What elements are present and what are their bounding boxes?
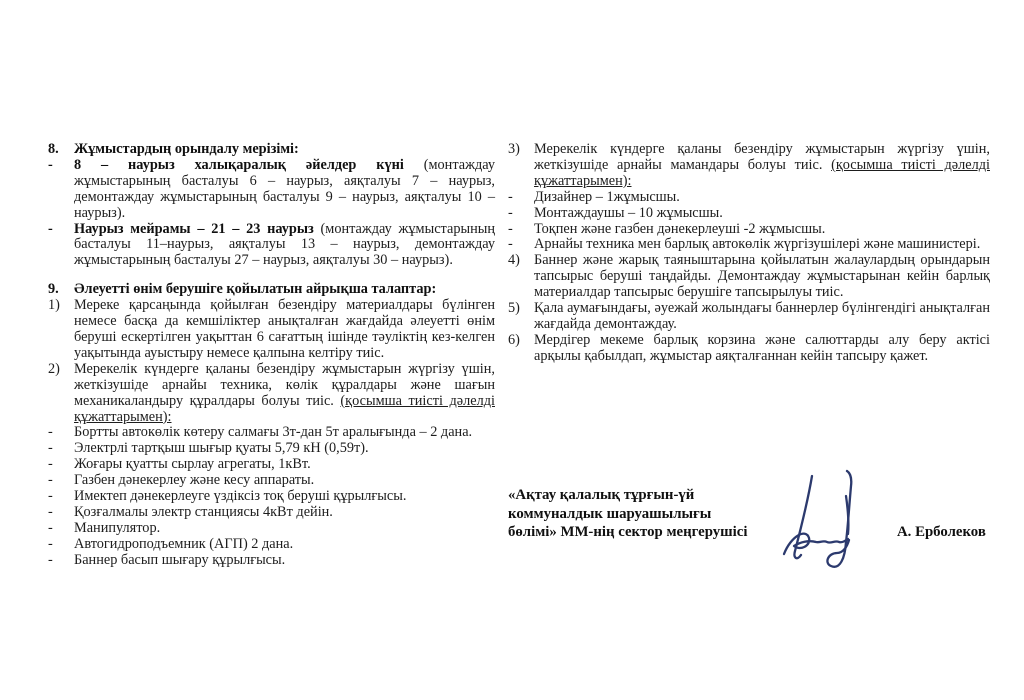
item-number: 3) — [508, 142, 520, 158]
handwritten-signature — [776, 466, 876, 576]
item-text: Қала аумағындағы, әуежай жолындағы банне… — [534, 300, 990, 332]
holiday-name: Наурыз мейрамы – 21 – 23 наурыз — [74, 221, 314, 237]
list-item: - Газбен дәнекерлеу және кесу аппараты. — [48, 473, 495, 489]
item-number: 6) — [508, 333, 520, 349]
dash-marker: - — [48, 553, 53, 569]
equipment-text: Электрлі тартқыш шығыр қуаты 5,79 кН (0,… — [74, 440, 369, 456]
dash-marker: - — [508, 206, 513, 222]
dash-marker: - — [48, 473, 53, 489]
equipment-text: Баннер басып шығару құрылғысы. — [74, 552, 285, 568]
item-number: 4) — [508, 253, 520, 269]
item-text: Мереке қарсаңында қойылған безендіру мат… — [74, 297, 495, 361]
signature-strokes — [784, 471, 851, 567]
left-column: 8. Жұмыстардың орындалу мерізімі: - 8 – … — [48, 142, 495, 569]
dash-marker: - — [48, 425, 53, 441]
holiday-name: 8 – наурыз халықаралық әйелдер күні — [74, 157, 404, 173]
item-number: 1) — [48, 298, 60, 314]
dash-marker: - — [508, 222, 513, 238]
dash-marker: - — [508, 237, 513, 253]
item-number: 5) — [508, 301, 520, 317]
staff-text: Тоқпен және газбен дәнекерлеуші -2 жұмыс… — [534, 221, 825, 237]
equipment-text: Имектеп дәнекерлеуге үздіксіз тоқ беруші… — [74, 488, 406, 504]
dash-marker: - — [48, 222, 53, 238]
equipment-text: Жоғары қуатты сырлау агрегаты, 1кВт. — [74, 456, 311, 472]
org-line: «Ақтау қалалық тұрғын-үй — [508, 486, 808, 505]
signatory-name: А. Ерболеков — [897, 524, 986, 541]
equipment-text: Қозғалмалы электр станциясы 4кВт дейін. — [74, 504, 333, 520]
numbered-item-1: 1) Мереке қарсаңында қойылған безендіру … — [48, 298, 495, 362]
section-9-title: Әлеуетті өнім берушіге қойылатын айрықша… — [74, 281, 436, 297]
section-9-heading: 9. Әлеуетті өнім берушіге қойылатын айры… — [48, 282, 495, 298]
right-column: 3) Мерекелік күндерге қаланы безендіру ж… — [508, 142, 990, 365]
numbered-item-3: 3) Мерекелік күндерге қаланы безендіру ж… — [508, 142, 990, 190]
list-item: - Манипулятор. — [48, 521, 495, 537]
list-item: - 8 – наурыз халықаралық әйелдер күні (м… — [48, 158, 495, 222]
numbered-item-6: 6) Мердігер мекеме барлық корзина және с… — [508, 333, 990, 365]
signing-organization: «Ақтау қалалық тұрғын-үй коммуналдык шар… — [508, 486, 808, 542]
item-text: Баннер және жарық таяныштарына қойылатын… — [534, 252, 990, 300]
dash-marker: - — [508, 190, 513, 206]
section-9-number: 9. — [48, 282, 59, 298]
equipment-text: Газбен дәнекерлеу және кесу аппараты. — [74, 472, 314, 488]
dash-marker: - — [48, 505, 53, 521]
list-item: - Тоқпен және газбен дәнекерлеуші -2 жұм… — [508, 222, 990, 238]
staff-text: Монтаждаушы – 10 жұмысшы. — [534, 205, 723, 221]
org-line: коммуналдык шаруашылығы — [508, 505, 808, 524]
dash-marker: - — [48, 537, 53, 553]
equipment-text: Бортты автокөлік көтеру салмағы 3т-дан 5… — [74, 424, 472, 440]
numbered-item-5: 5) Қала аумағындағы, әуежай жолындағы ба… — [508, 301, 990, 333]
numbered-item-4: 4) Баннер және жарық таяныштарына қойыла… — [508, 253, 990, 301]
list-item: - Дизайнер – 1жұмысшы. — [508, 190, 990, 206]
list-item: - Имектеп дәнекерлеуге үздіксіз тоқ беру… — [48, 489, 495, 505]
list-item: - Қозғалмалы электр станциясы 4кВт дейін… — [48, 505, 495, 521]
equipment-text: Автогидроподъемник (АГП) 2 дана. — [74, 536, 293, 552]
scanned-document-page: 8. Жұмыстардың орындалу мерізімі: - 8 – … — [0, 0, 1024, 700]
list-item: - Автогидроподъемник (АГП) 2 дана. — [48, 537, 495, 553]
list-item: - Бортты автокөлік көтеру салмағы 3т-дан… — [48, 425, 495, 441]
section-8-number: 8. — [48, 142, 59, 158]
org-line: бөлімі» ММ-нің сектор меңгерушісі — [508, 523, 808, 542]
dash-marker: - — [48, 158, 53, 174]
dash-marker: - — [48, 457, 53, 473]
list-item: - Наурыз мейрамы – 21 – 23 наурыз (монта… — [48, 222, 495, 270]
section-8-heading: 8. Жұмыстардың орындалу мерізімі: — [48, 142, 495, 158]
list-item: - Жоғары қуатты сырлау агрегаты, 1кВт. — [48, 457, 495, 473]
section-8-title: Жұмыстардың орындалу мерізімі: — [74, 141, 299, 157]
numbered-item-2: 2) Мерекелік күндерге қаланы безендіру ж… — [48, 362, 495, 426]
staff-text: Арнайы техника мен барлық автокөлік жүрг… — [534, 236, 980, 252]
list-item: - Арнайы техника мен барлық автокөлік жү… — [508, 237, 990, 253]
dash-marker: - — [48, 521, 53, 537]
item-text: Мердігер мекеме барлық корзина және салю… — [534, 332, 990, 364]
staff-text: Дизайнер – 1жұмысшы. — [534, 189, 680, 205]
dash-marker: - — [48, 489, 53, 505]
dash-marker: - — [48, 441, 53, 457]
list-item: - Электрлі тартқыш шығыр қуаты 5,79 кН (… — [48, 441, 495, 457]
equipment-text: Манипулятор. — [74, 520, 160, 536]
list-item: - Баннер басып шығару құрылғысы. — [48, 553, 495, 569]
item-number: 2) — [48, 362, 60, 378]
list-item: - Монтаждаушы – 10 жұмысшы. — [508, 206, 990, 222]
